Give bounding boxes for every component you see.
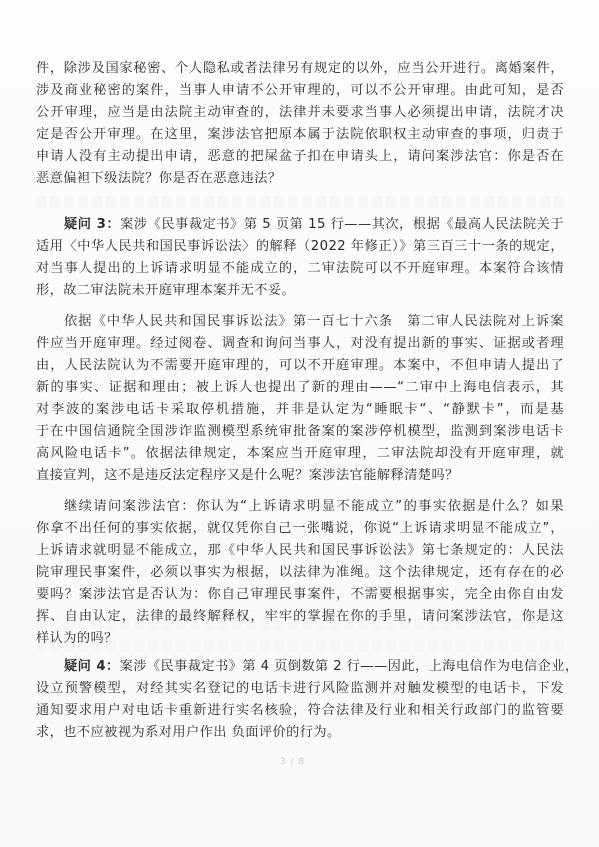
- text-line: 直接宣判，这不是违反法定程序又是什么呢？案涉法官能解释清楚吗？: [36, 468, 564, 484]
- text-line: 你拿不出任何的事实依据，就仅凭你自己一张嘴说，你说“上诉请求明显不能成立”，: [36, 521, 564, 537]
- text-line: 依据《中华人民共和国民事诉讼法》第一百七十六条 第二审人民法院对上诉案: [36, 314, 564, 330]
- text-line: 公开审理，应当是由法院主动审查的，法律并未要求当事人必须提出申请，法院才决: [36, 105, 564, 121]
- text-line: 申请人没有主动提出申请，恶意的把屎盆子扣在申请头上，请问案涉法官：你是否在: [36, 149, 564, 165]
- text-line: 疑问 4：案涉《民事裁定书》第 4 页倒数第 2 行——因此，上海电信作为电信企…: [36, 659, 564, 675]
- text-line: 通知要求用户对电话卡重新进行实名核验，符合法律及行业和相关行政部门的监管要: [36, 703, 564, 719]
- text-line: 疑问 3：案涉《民事裁定书》第 5 页第 15 行——其次，根据《最高人民法院关…: [36, 217, 564, 233]
- text-line: 求，也不应被视为系对用户作出 负面评价的行为。: [36, 725, 564, 741]
- text-line: 新的事实、证据和理由；被上诉人也提出了新的理由——“二审中上海电信表示，其: [36, 380, 564, 396]
- page-number: 3 / 8: [280, 757, 305, 767]
- text-line: 对当事人提出的上诉请求明显不能成立的，二审法院可以不开庭审理。本案符合该情: [36, 261, 564, 277]
- question-3-label: 疑问 3：: [64, 217, 120, 232]
- text-line: 继续请问案涉法官：你认为“上诉请求明显不能成立”的事实依据是什么？如果: [36, 499, 564, 515]
- text-line: 件，除涉及国家秘密、个人隐私或者法律另有规定的以外，应当公开进行。离婚案件，: [36, 61, 564, 77]
- text-line: 由，人民法院认为不需要开庭审理的，可以不开庭审理。本案中，不但申请人提出了: [36, 358, 564, 374]
- text-line: 适用〈中华人民共和国民事诉讼法〉的解释（2022 年修正）》第三百三十一条的规定…: [36, 239, 564, 255]
- text-line: 件应当开庭审理。经过阅卷、调查和询问当事人，对没有提出新的事实、证据或者理: [36, 336, 564, 352]
- text-line: 恶意偏袒下级法院？你是否在恶意违法？: [36, 171, 564, 187]
- bleed-through-texture: [36, 196, 564, 208]
- document-page: 件，除涉及国家秘密、个人隐私或者法律另有规定的以外，应当公开进行。离婚案件， 涉…: [0, 0, 599, 847]
- text-line: 涉及商业秘密的案件，当事人申请不公开审理的，可以不公开审理。由此可知，是否: [36, 83, 564, 99]
- text-line: 院审理民事案件，必须以事实为根据，以法律为准绳。这个法律规定，还有存在的必: [36, 565, 564, 581]
- text-line: 定是否公开审理。在这里，案涉法官把原本属于法院依职权主动审查的事项，归责于: [36, 127, 564, 143]
- text-line: 设立预警模型，对经其实名登记的电话卡进行风险监测并对触发模型的电话卡，下发: [36, 681, 564, 697]
- text-line: 要吗？案涉法官是否认为：你自己审理民事案件，不需要根据事实，完全由你自由发: [36, 587, 564, 603]
- text-line: 对李波的案涉电话卡采取停机措施，并非是认定为“睡眠卡“、“静默卡”，而是基: [36, 402, 564, 418]
- question-4-text: 案涉《民事裁定书》第 4 页倒数第 2 行——因此，上海电信作为电信企业，: [120, 659, 579, 674]
- text-line: 形，故二审法院未开庭审理本案并无不妥。: [36, 283, 564, 299]
- text-line: 高风险电话卡”。依据法律规定，本案应当开庭审理，二审法院却没有开庭审理，就: [36, 446, 564, 462]
- question-3-text: 案涉《民事裁定书》第 5 页第 15 行——其次，根据《最高人民法院关于: [120, 217, 564, 232]
- text-line: 上诉请求就明显不能成立，那《中华人民共和国民事诉讼法》第七条规定的：人民法: [36, 543, 564, 559]
- text-line: 样认为的吗？: [36, 631, 564, 647]
- text-line: 于在中国信通院全国涉诈监测模型系统审批备案的案涉停机模型，监测到案涉电话卡: [36, 424, 564, 440]
- text-line: 挥、自由认定，法律的最终解释权，牢牢的掌握在你的手里，请问案涉法官，你是这: [36, 609, 564, 625]
- question-4-label: 疑问 4：: [64, 659, 120, 674]
